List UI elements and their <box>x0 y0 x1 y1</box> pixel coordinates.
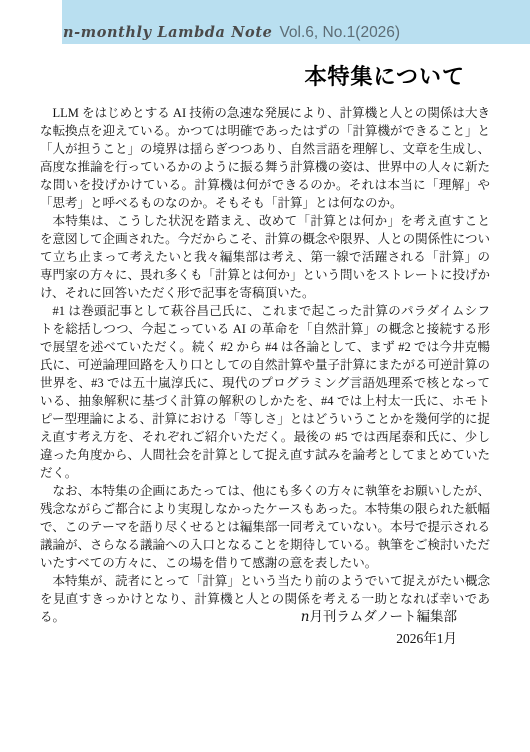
journal-name-script: n-monthly Lambda Note <box>63 26 272 43</box>
issue-label: Vol.6, No.1(2026) <box>279 25 400 43</box>
preface-body: LLM をはじめとする AI 技術の急速な発展により、計算機と人との関係は大きな… <box>40 104 490 626</box>
signature-date: 2026年1月 <box>40 628 457 649</box>
paragraph-thanks: なお、本特集の企画にあたっては、他にも多くの方々に執筆をお願いしたが、残念ながら… <box>40 482 490 572</box>
paragraph-articles: #1 は巻頭記事として萩谷昌己氏に、これまで起こった計算のパラダイムシフトを総括… <box>40 302 490 482</box>
header-band: n-monthly Lambda Note Vol.6, No.1(2026) <box>62 0 530 44</box>
paragraph-purpose: 本特集は、こうした状況を踏まえ、改めて「計算とは何か」を考え直すことを意図して企… <box>40 212 490 302</box>
paragraph-intro: LLM をはじめとする AI 技術の急速な発展により、計算機と人との関係は大きな… <box>40 104 490 212</box>
signature-name-line: n月刊ラムダノート編集部 <box>40 606 457 628</box>
signature-name: 月刊ラムダノート編集部 <box>309 609 457 624</box>
signature-block: n月刊ラムダノート編集部 2026年1月 <box>40 606 490 649</box>
journal-page: n-monthly Lambda Note Vol.6, No.1(2026) … <box>0 0 530 752</box>
page-title: 本特集について <box>40 60 490 91</box>
